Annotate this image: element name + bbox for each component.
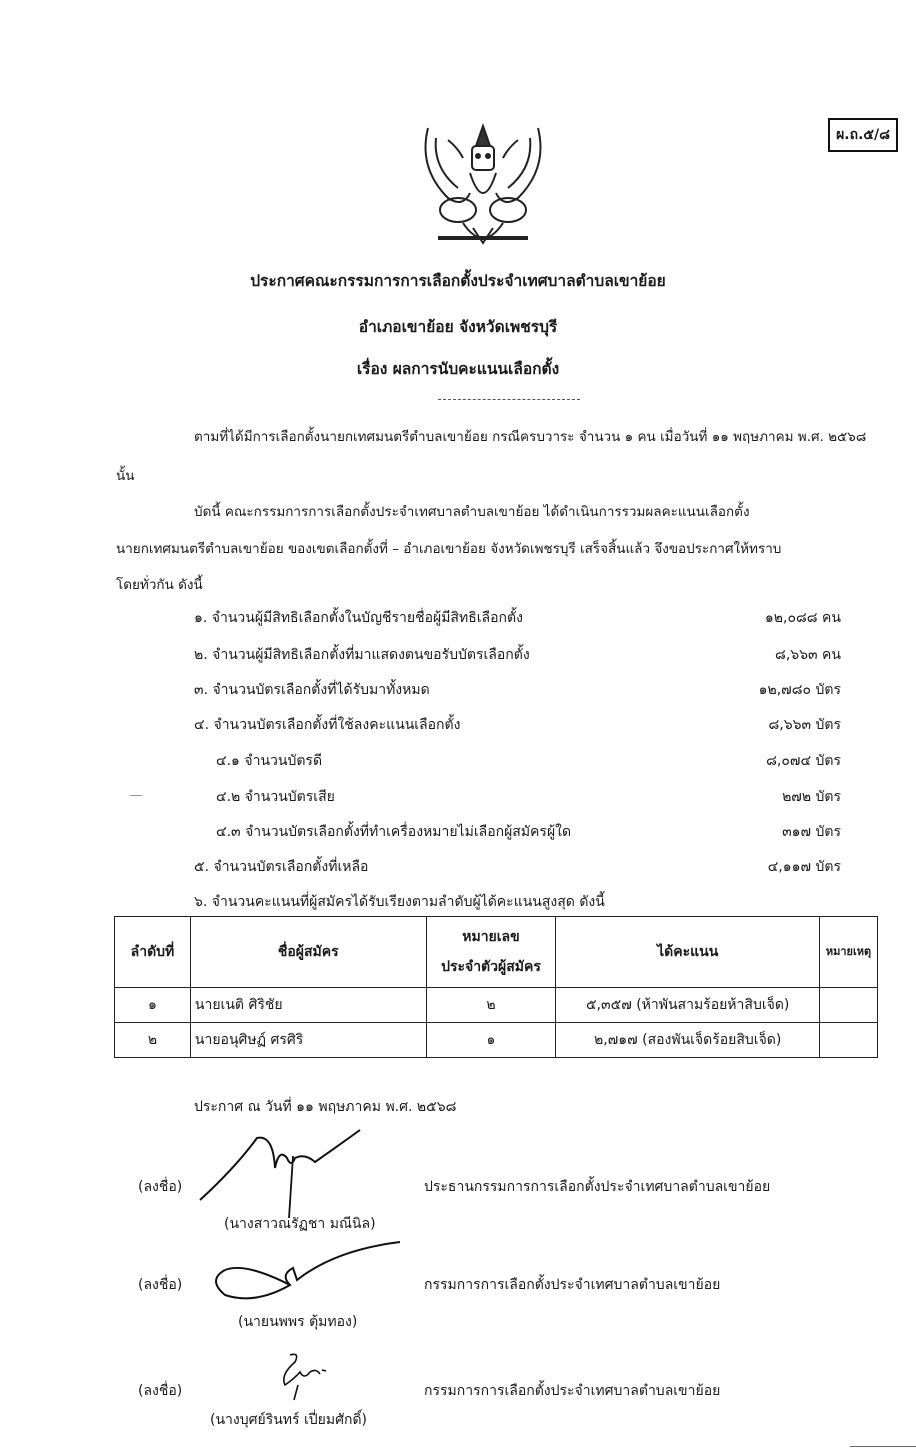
sub-item-label: ๔.๒ จำนวนบัตรเสีย [216,786,335,808]
sub-item-value: ๓๑๗ บัตร [782,821,841,843]
header-candidate-name: ชื่อผู้สมัคร [190,917,426,988]
item-label: ๒. จำนวนผู้มีสิทธิเลือกตั้งที่มาแสดงตนขอ… [194,644,530,666]
form-code-box: ผ.ถ.๕/๘ [828,118,898,152]
name-cell: นายอนุศิษฏ์ ศรศิริ [190,1023,426,1058]
body-line-3: โดยทั่วกัน ดังนี้ [116,573,203,595]
item-value: ๘,๖๖๓ คน [775,644,841,666]
signature-1-icon [195,1128,395,1218]
intro-line-2: นั้น [116,464,134,486]
item-label: ๓. จำนวนบัตรเลือกตั้งที่ได้รับมาทั้งหมด [194,679,430,701]
body-line-2: นายกเทศมนตรีตำบลเขาย้อย ของเขตเลือกตั้งท… [116,537,781,559]
title-divider [438,399,580,400]
header-rank: ลำดับที่ [115,917,191,988]
table-header-row: ลำดับที่ ชื่อผู้สมัคร หมายเลข ประจำตัวผู… [115,917,878,988]
signature-2-icon [205,1240,405,1310]
signer-position: กรรมการการเลือกตั้งประจำเทศบาลตำบลเขาย้อ… [424,1380,720,1402]
votes-cell: ๕,๓๕๗ (ห้าพันสามร้อยห้าสิบเจ็ด) [556,988,820,1023]
note-cell [819,988,877,1023]
scan-artifact [130,795,142,796]
item-value: ๘,๖๖๓ บัตร [768,714,841,736]
item-value: ๑๒,๗๘๐ บัตร [759,679,841,701]
item-label: ๕. จำนวนบัตรเลือกตั้งที่เหลือ [194,856,368,878]
item-label: ๔. จำนวนบัตรเลือกตั้งที่ใช้ลงคะแนนเลือกต… [194,714,460,736]
rank-cell: ๑ [115,988,191,1023]
header-note: หมายเหตุ [819,917,877,988]
sub-item-label: ๔.๑ จำนวนบัตรดี [216,750,322,772]
signer-position: ประธานกรรมการการเลือกตั้งประจำเทศบาลตำบล… [424,1176,770,1198]
sub-item-value: ๘,๐๗๔ บัตร [766,750,841,772]
sign-label: (ลงชื่อ) [138,1380,182,1402]
announcement-title: ประกาศคณะกรรมการการเลือกตั้งประจำเทศบาลต… [0,268,916,293]
item-value: ๑๒,๐๘๘ คน [765,607,841,629]
scan-artifact [850,1446,916,1447]
results-table: ลำดับที่ ชื่อผู้สมัคร หมายเลข ประจำตัวผู… [114,916,878,1058]
announce-date: ประกาศ ณ วันที่ ๑๑ พฤษภาคม พ.ศ. ๒๕๖๘ [194,1096,456,1118]
number-cell: ๑ [426,1023,556,1058]
sign-label: (ลงชื่อ) [138,1176,182,1198]
item-label: ๑. จำนวนผู้มีสิทธิเลือกตั้งในบัญชีรายชื่… [194,607,523,629]
votes-cell: ๒,๗๑๗ (สองพันเจ็ดร้อยสิบเจ็ด) [556,1023,820,1058]
sub-item-label: ๔.๓ จำนวนบัตรเลือกตั้งที่ทำเครื่องหมายไม… [216,821,571,843]
header-candidate-number: หมายเลข ประจำตัวผู้สมัคร [426,917,556,988]
header-votes: ได้คะแนน [556,917,820,988]
note-cell [819,1023,877,1058]
signature-3-icon [270,1350,340,1405]
item-label: ๖. จำนวนคะแนนที่ผู้สมัครได้รับเรียงตามลำ… [194,891,605,913]
rank-cell: ๒ [115,1023,191,1058]
signer-name: (นางสาวณรัฏชา มณีนิล) [224,1213,376,1235]
district-province-title: อำเภอเขาย้อย จังหวัดเพชรบุรี [0,314,916,339]
sign-label: (ลงชื่อ) [138,1274,182,1296]
signer-name: (นายนพพร ตุ้มทอง) [238,1311,357,1333]
garuda-emblem-icon [408,118,558,258]
name-cell: นายเนติ ศิริชัย [190,988,426,1023]
item-value: ๔,๑๑๗ บัตร [768,856,841,878]
signer-name: (นางบุศย์รินทร์ เปี่ยมศักดิ์) [210,1409,367,1431]
form-code: ผ.ถ.๕/๘ [836,124,890,146]
subject-title: เรื่อง ผลการนับคะแนนเลือกตั้ง [0,356,916,381]
intro-line-1: ตามที่ได้มีการเลือกตั้งนายกเทศมนตรีตำบลเ… [194,425,866,447]
signer-position: กรรมการการเลือกตั้งประจำเทศบาลตำบลเขาย้อ… [424,1274,720,1296]
number-cell: ๒ [426,988,556,1023]
table-row: ๒ นายอนุศิษฏ์ ศรศิริ ๑ ๒,๗๑๗ (สองพันเจ็ด… [115,1023,878,1058]
body-line-1: บัดนี้ คณะกรรมการการเลือกตั้งประจำเทศบาล… [194,500,750,522]
sub-item-value: ๒๗๒ บัตร [782,786,841,808]
table-row: ๑ นายเนติ ศิริชัย ๒ ๕,๓๕๗ (ห้าพันสามร้อย… [115,988,878,1023]
